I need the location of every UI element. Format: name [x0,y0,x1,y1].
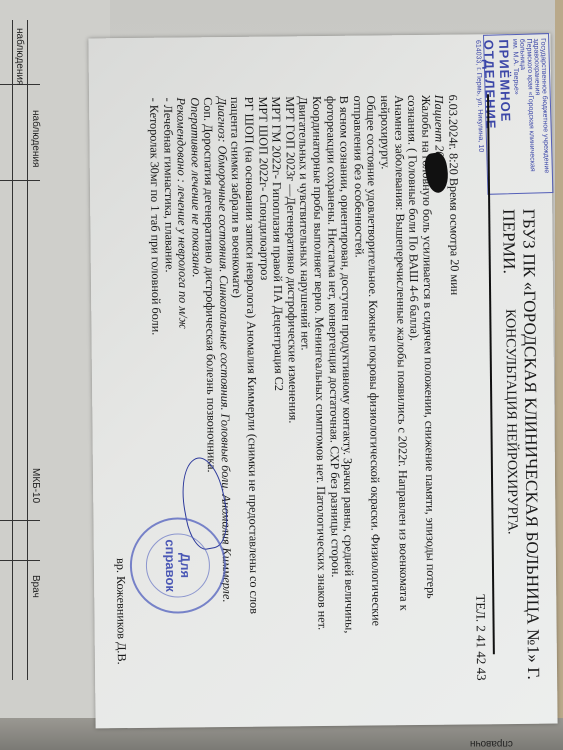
form-row-line [0,180,40,181]
form-row-line [0,520,40,521]
department-stamp: Государственное бюджетное учреждение здр… [483,33,553,195]
stamp-title: ПРИЁМНОЕ ОТДЕЛЕНИЕ [481,39,515,190]
form-label: МКБ-10 [30,468,41,503]
form-label: наблюдения [14,28,25,85]
form-column-line [12,20,13,680]
edge-text: справочн [470,738,513,749]
stamp-text: Для [178,553,193,578]
sheet-content: Государственное бюджетное учреждение здр… [88,34,557,729]
form-row-line [0,560,40,561]
doctor-name: вр. Кожевников Д.В. [113,558,129,665]
form-label: Врач [30,575,41,598]
stamp-text: справок [163,539,179,592]
consultation-subtitle: КОНСУЛЬТАЦИЯ НЕЙРОХИРУРГА. [501,309,519,535]
round-stamp-inner: Для справок [146,533,211,598]
form-column-line [27,20,28,680]
consultation-sheet: Государственное бюджетное учреждение здр… [88,34,557,729]
phone-number: ТЕЛ. 2 41 42 43 [472,594,489,680]
form-label: наблюдения [30,110,41,167]
round-stamp: Для справок [129,517,226,614]
